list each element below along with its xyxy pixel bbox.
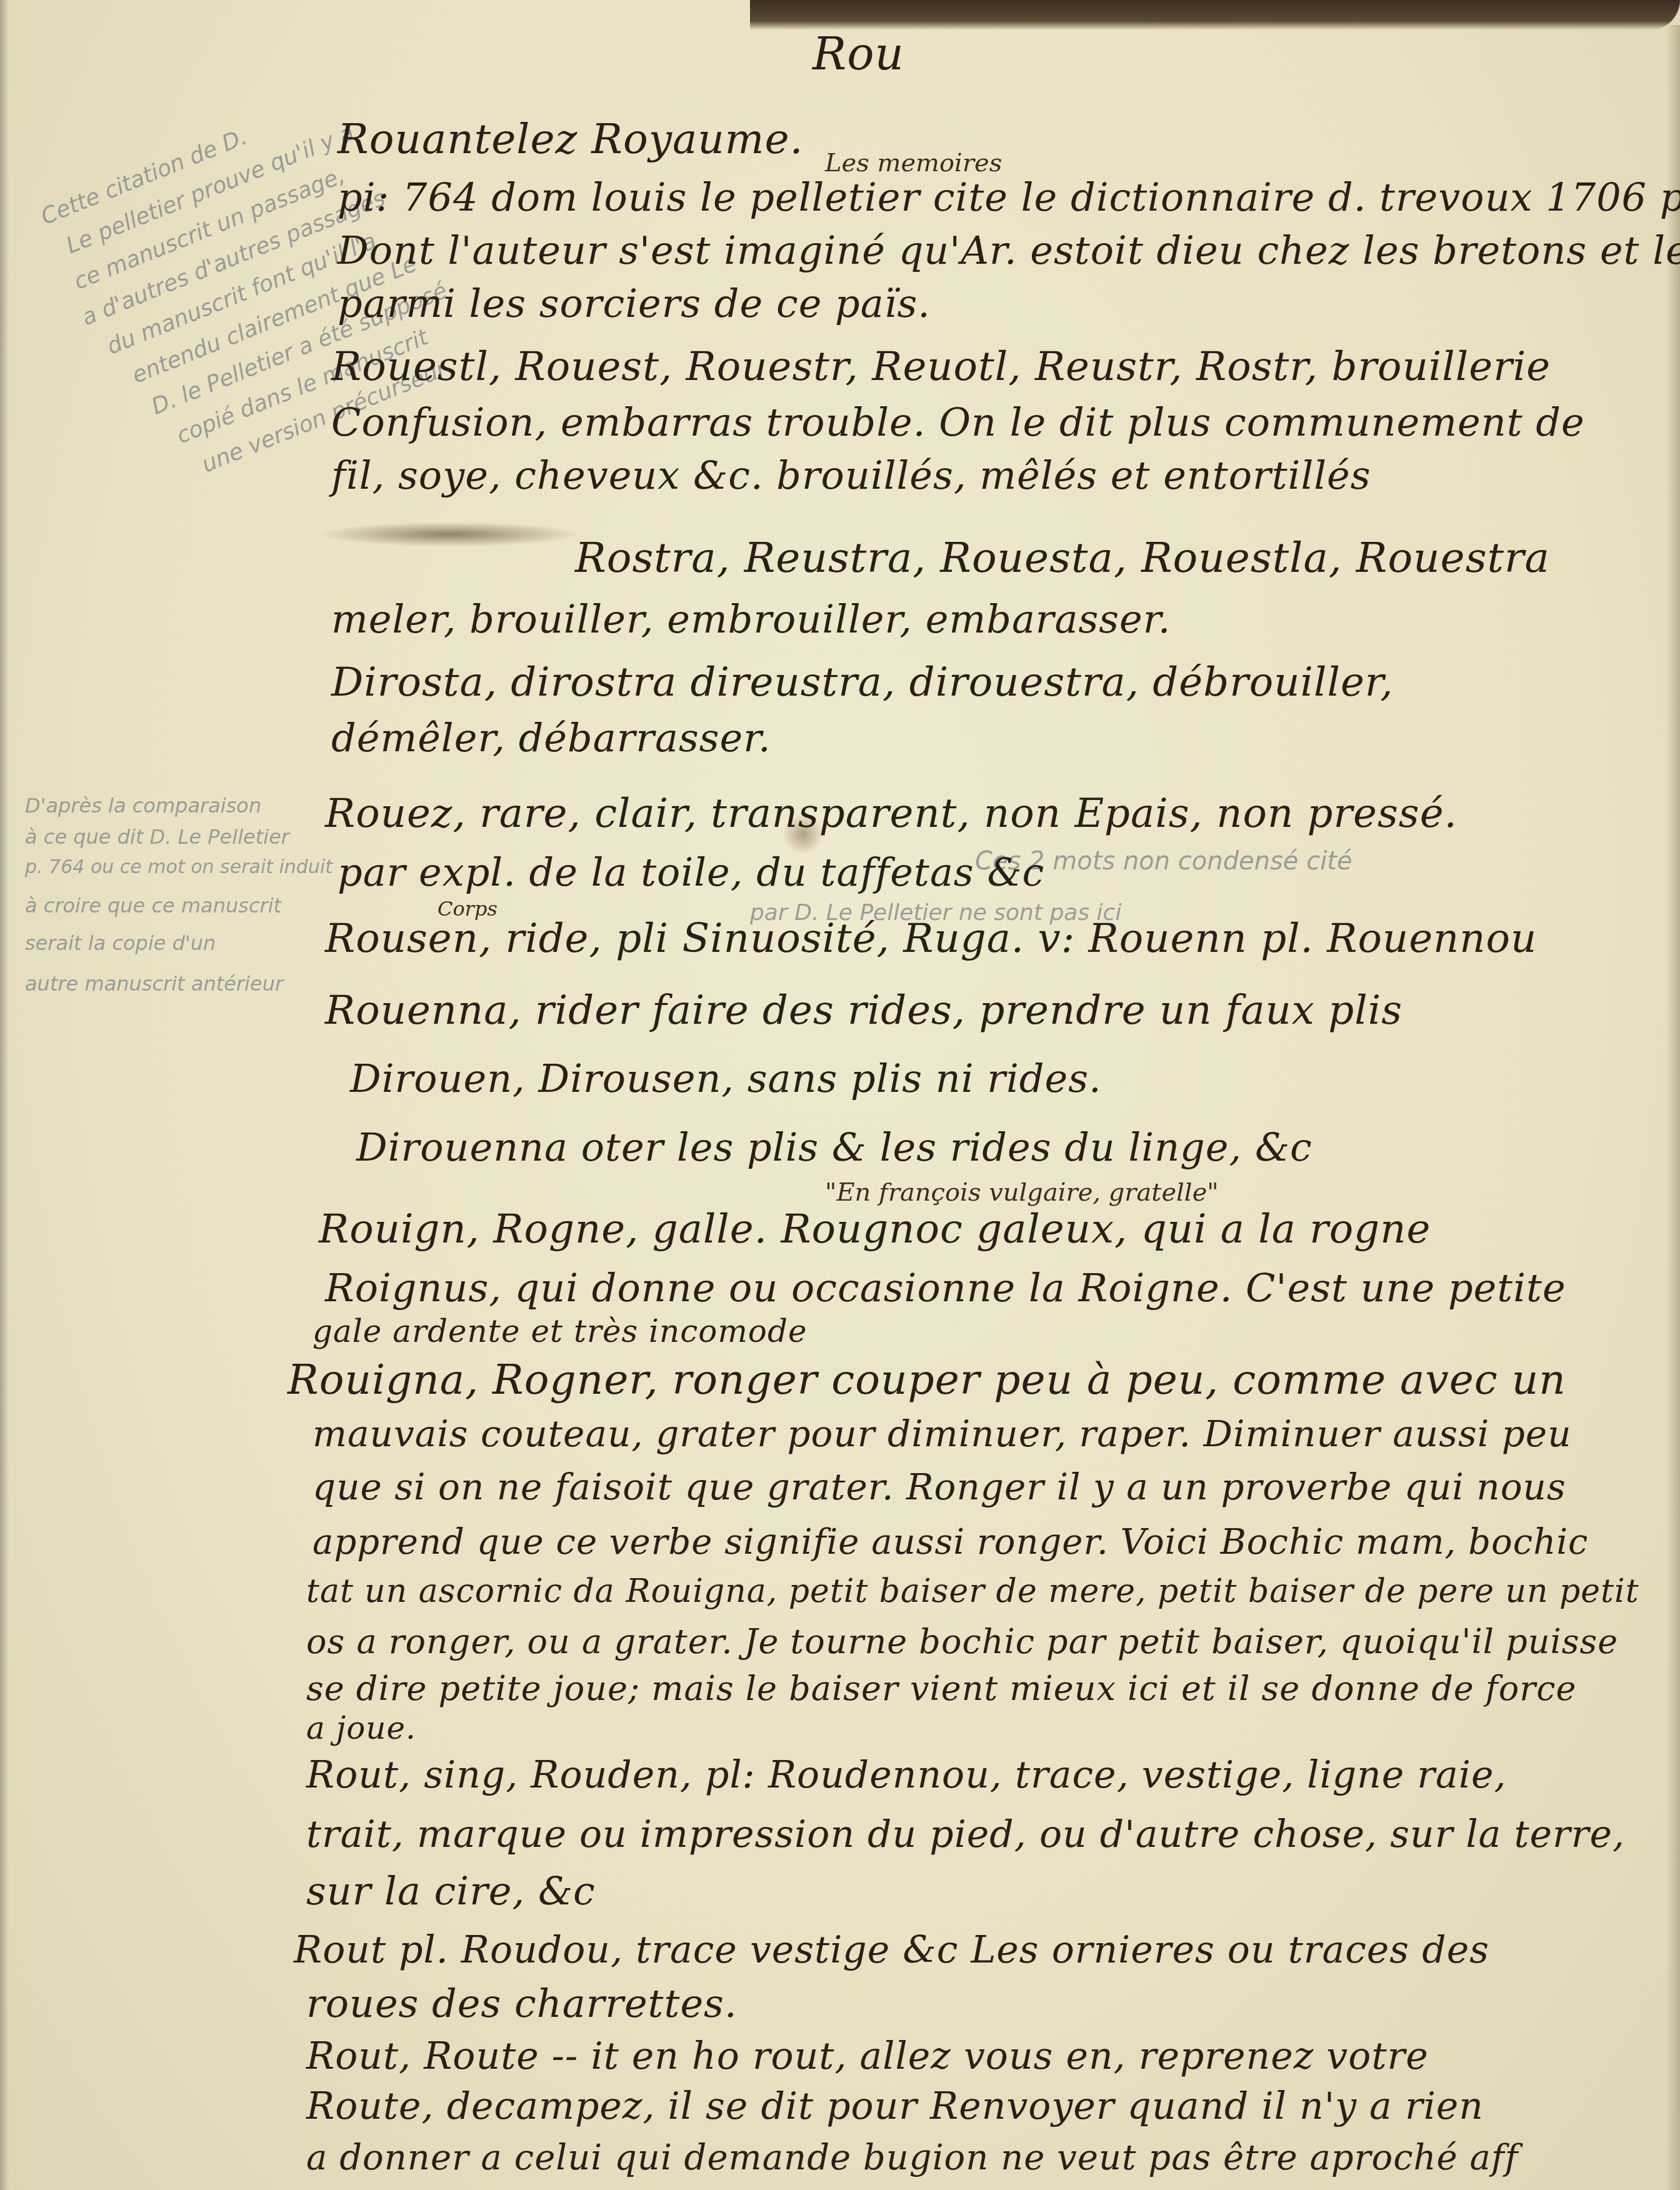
text-line: apprend que ce verbe signifie aussi rong… bbox=[312, 1525, 1588, 1560]
text-line: mauvais couteau, grater pour diminuer, r… bbox=[312, 1416, 1572, 1452]
interlinear-note: "En françois vulgaire, gratelle" bbox=[825, 1178, 1219, 1207]
text-line: pi: 764 dom louis le pelletier cite le d… bbox=[337, 178, 1680, 217]
entry-headword-line: Rout, Route -- it en ho rout, allez vous… bbox=[306, 2037, 1429, 2075]
text-line: Dont l'auteur s'est imaginé qu'Ar. estoi… bbox=[337, 231, 1680, 270]
pencil-line: D'après la comparaison bbox=[25, 794, 261, 817]
text-line: Roignus, qui donne ou occasionne la Roig… bbox=[325, 1269, 1566, 1307]
page-top-edge bbox=[750, 0, 1680, 30]
text-line: meler, brouiller, embrouiller, embarasse… bbox=[331, 600, 1171, 639]
page-right-edge bbox=[1666, 25, 1680, 2190]
entry-headword-line: Rout pl. Roudou, trace vestige &c Les or… bbox=[294, 1931, 1489, 1969]
entry-headword-line: Rouestl, Rouest, Rouestr, Reuotl, Reustr… bbox=[331, 347, 1551, 387]
pencil-line: p. 764 ou ce mot on serait induit bbox=[25, 856, 332, 878]
text-line: se dire petite joue; mais le baiser vien… bbox=[306, 1672, 1576, 1706]
text-line: trait, marque ou impression du pied, ou … bbox=[306, 1816, 1625, 1853]
pencil-line: serait la copie d'un bbox=[25, 931, 216, 955]
text-line: Confusion, embarras trouble. On le dit p… bbox=[331, 403, 1585, 442]
entry-headword-line: Rouez, rare, clair, transparent, non Epa… bbox=[325, 794, 1457, 834]
text-line: roues des charrettes. bbox=[306, 1984, 737, 2023]
page-left-edge bbox=[0, 0, 9, 2190]
interlinear-note: Les memoires bbox=[825, 149, 1002, 177]
entry-headword-line: Rouigna, Rogner, ronger couper peu à peu… bbox=[287, 1359, 1566, 1401]
text-line: a joue. bbox=[306, 1712, 416, 1744]
text-line: par expl. de la toile, du taffetas &c bbox=[337, 853, 1044, 892]
entry-headword-line: Dirouen, Dirousen, sans plis ni rides. bbox=[350, 1059, 1102, 1098]
text-line: sur la cire, &c bbox=[306, 1872, 596, 1911]
entry-headword-line: Dirouenna oter les plis & les rides du l… bbox=[356, 1128, 1312, 1167]
pencil-line: à ce que dit D. Le Pelletier bbox=[25, 825, 289, 849]
entry-headword-line: Rouenna, rider faire des rides, prendre … bbox=[325, 991, 1402, 1031]
entry-headword-line: Rousen, ride, pli Sinuosité, Ruga. v: Ro… bbox=[325, 919, 1537, 959]
text-line: tat un ascornic da Rouigna, petit baiser… bbox=[306, 1575, 1639, 1607]
text-line: fil, soye, cheveux &c. brouillés, mêlés … bbox=[331, 456, 1371, 495]
text-line: parmi les sorciers de ce païs. bbox=[337, 284, 931, 323]
ink-smudge bbox=[319, 522, 581, 547]
entry-headword-line: Dirosta, dirostra direustra, dirouestra,… bbox=[331, 662, 1394, 702]
entry-headword-line: Rout, sing, Rouden, pl: Roudennou, trace… bbox=[306, 1756, 1507, 1794]
text-line: gale ardente et très incomode bbox=[312, 1316, 807, 1347]
text-line: a donner a celui qui demande bugion ne v… bbox=[306, 2141, 1518, 2176]
text-line: que si on ne faisoit que grater. Ronger … bbox=[312, 1469, 1566, 1505]
pencil-line: autre manuscrit antérieur bbox=[25, 972, 283, 996]
text-line: os a ronger, ou a grater. Je tourne boch… bbox=[306, 1625, 1618, 1659]
page-header: Rou bbox=[812, 31, 904, 76]
entry-headword-line: Rouantelez Royaume. bbox=[337, 119, 803, 160]
entry-headword-line: Rostra, Reustra, Rouesta, Rouestla, Roue… bbox=[575, 537, 1550, 579]
text-line: démêler, débarrasser. bbox=[331, 719, 771, 757]
pencil-line: à croire que ce manuscrit bbox=[25, 894, 281, 917]
text-line: Route, decampez, il se dit pour Renvoyer… bbox=[306, 2087, 1484, 2125]
entry-headword-line: Rouign, Rogne, galle. Rougnoc galeux, qu… bbox=[319, 1209, 1431, 1249]
manuscript-page: Rou Cette citation de D. Le pelletier pr… bbox=[0, 0, 1680, 2190]
